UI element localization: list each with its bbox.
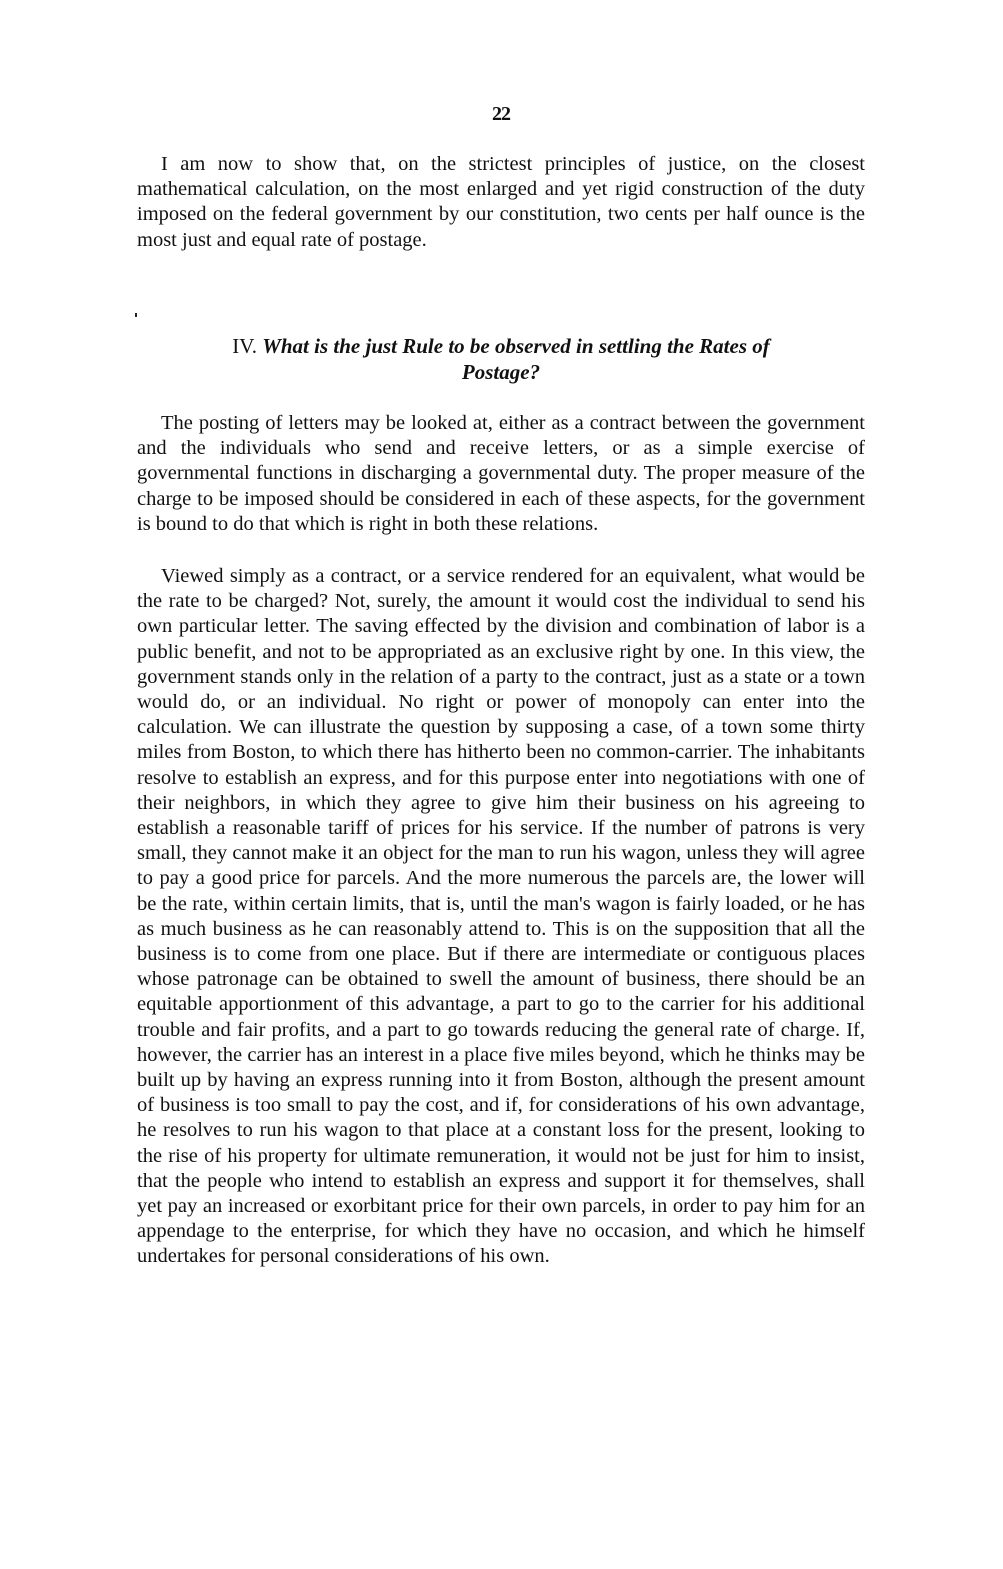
body-paragraph-viewed-simply: Viewed simply as a contract, or a servic…: [137, 564, 865, 1270]
section-title-line2: Postage?: [137, 359, 865, 385]
body-paragraph-contract: The posting of letters may be looked at,…: [137, 411, 865, 537]
page-number: 22: [137, 102, 865, 127]
scan-speck: [135, 313, 137, 317]
section-title-line1: What is the just Rule to be observed in …: [262, 334, 770, 358]
section-heading: IV. What is the just Rule to be observed…: [137, 333, 865, 385]
intro-paragraph: I am now to show that, on the strictest …: [137, 152, 865, 253]
section-numeral: IV.: [232, 334, 257, 358]
